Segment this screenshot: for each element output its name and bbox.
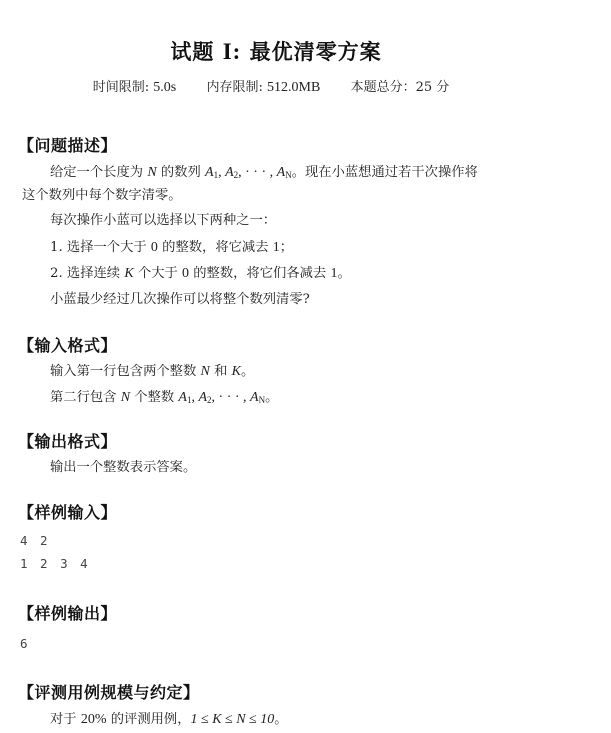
problem-limits: 时间限制: 5.0s 内存限制: 512.0MB 本题总分：25 分 <box>0 76 542 96</box>
math-N: N <box>147 165 156 180</box>
input-format-heading: 【输入格式】 <box>18 333 117 356</box>
memory-limit-label: 内存限制: <box>206 80 262 95</box>
description-paragraph-1: 给定一个长度为 N 的数列 A1, A2, · · · , AN。现在小蓝想通过… <box>50 162 478 186</box>
title-name: 最优清零方案 <box>241 40 381 64</box>
text: 。现在小蓝想通过若干次操作将 <box>292 165 478 180</box>
output-format-heading: 【输出格式】 <box>18 429 117 452</box>
sample-input-line-1: 4 2 <box>20 533 50 548</box>
description-question: 小蓝最少经过几次操作可以将整个数列清零? <box>50 289 310 311</box>
time-limit-value: 5.0s <box>153 80 176 95</box>
memory-limit-value: 512.0MB <box>267 80 320 95</box>
score-value: 25 分 <box>416 80 450 95</box>
constraints-heading: 【评测用例规模与约定】 <box>18 680 200 703</box>
input-format-line-2: 第二行包含 N 个整数 A1, A2, · · · , AN。 <box>50 387 278 411</box>
text: 给定一个长度为 <box>50 165 147 180</box>
sample-input-heading: 【样例输入】 <box>18 500 117 523</box>
sample-output-line-1: 6 <box>20 636 30 651</box>
option-2: 2. 选择连续 K 个大于 0 的整数，将它们各减去 1。 <box>50 263 351 285</box>
text: 的数列 <box>157 165 205 180</box>
option-1: 1. 选择一个大于 0 的整数，将它减去 1； <box>50 237 293 259</box>
sequence-A: A1, A2, · · · , AN <box>205 165 292 180</box>
constraints-line-1: 对于 20% 的评测用例，1 ≤ K ≤ N ≤ 10。 <box>50 709 288 731</box>
input-format-line-1: 输入第一行包含两个整数 N 和 K。 <box>50 361 254 383</box>
title-letter: I: <box>223 39 242 64</box>
title-prefix: 试题 <box>170 40 222 64</box>
time-limit-label: 时间限制: <box>93 80 149 95</box>
problem-title: 试题 I: 最优清零方案 <box>0 36 552 66</box>
score-label: 本题总分： <box>351 80 416 95</box>
description-paragraph-2: 每次操作小蓝可以选择以下两种之一： <box>50 210 276 232</box>
description-paragraph-1-cont: 这个数列中每个数字清零。 <box>22 185 182 207</box>
sequence-A: A1, A2, · · · , AN <box>178 390 265 405</box>
sample-output-heading: 【样例输出】 <box>18 601 117 624</box>
output-format-line-1: 输出一个整数表示答案。 <box>50 457 196 479</box>
sample-input-line-2: 1 2 3 4 <box>20 556 90 571</box>
description-heading: 【问题描述】 <box>18 133 117 156</box>
